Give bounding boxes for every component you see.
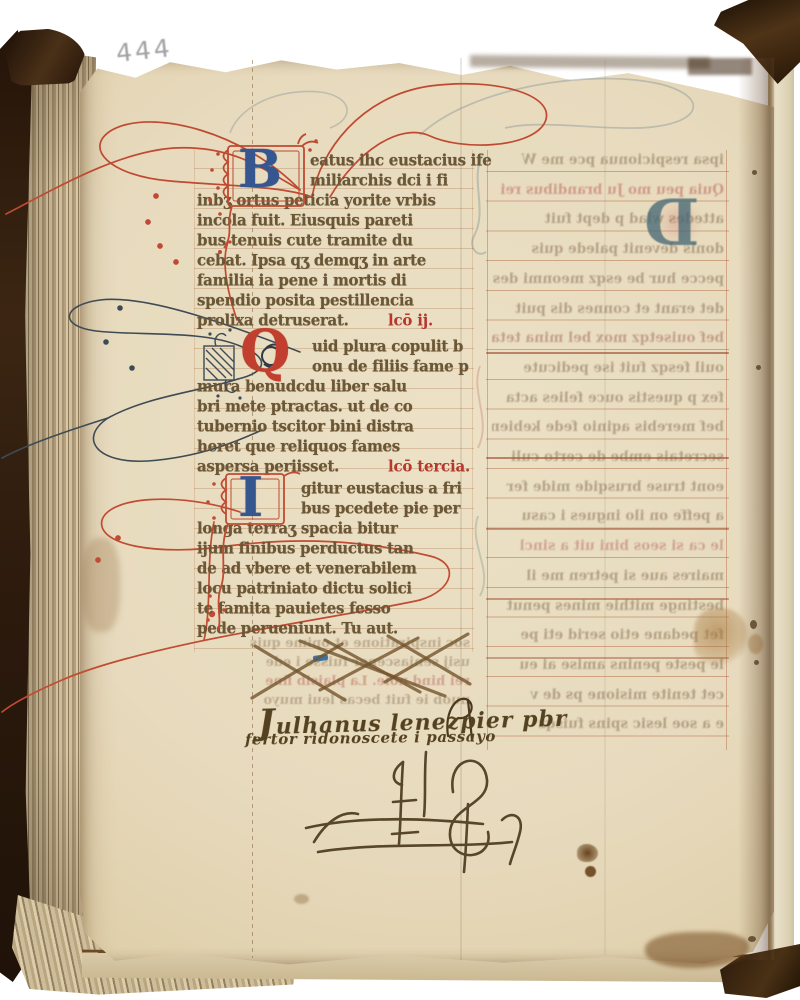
text-line: familia ia pene i mortis di	[197, 270, 407, 289]
illuminated-initial-b: B	[198, 138, 318, 258]
showthrough-teal-curl-bottom	[476, 516, 485, 596]
initial-letter-b: B	[238, 144, 282, 196]
text-line: tubernio tscitor bini distra	[197, 416, 414, 435]
notarial-mark	[298, 746, 528, 876]
manuscript-book-photo: ipsa respicionua pce me WQuia peu mo Ju …	[0, 0, 800, 1000]
pencil-folio-number: 444	[115, 33, 174, 68]
illuminated-initial-q: Q	[196, 326, 326, 406]
gutter-fold-shadow	[738, 58, 774, 960]
rubric-lectio-3: lcō tercia.	[388, 456, 470, 475]
showthrough-pink-curl	[477, 366, 483, 448]
showthrough-grey-loop-left	[230, 91, 347, 133]
illuminated-initial-i: I	[196, 468, 306, 638]
showthrough-teal-curl-top	[472, 156, 486, 254]
initial-letter-q: Q	[240, 322, 291, 380]
showthrough-grey-loop-right	[420, 79, 693, 135]
text-line: spendio posita pestillencia	[197, 290, 414, 309]
rubric-lectio-2: lcō ij.	[388, 310, 433, 329]
strikethrough-x-strokes	[252, 634, 470, 700]
text-line: heret que reliquos fames	[197, 436, 400, 455]
initial-letter-i: I	[238, 470, 263, 524]
